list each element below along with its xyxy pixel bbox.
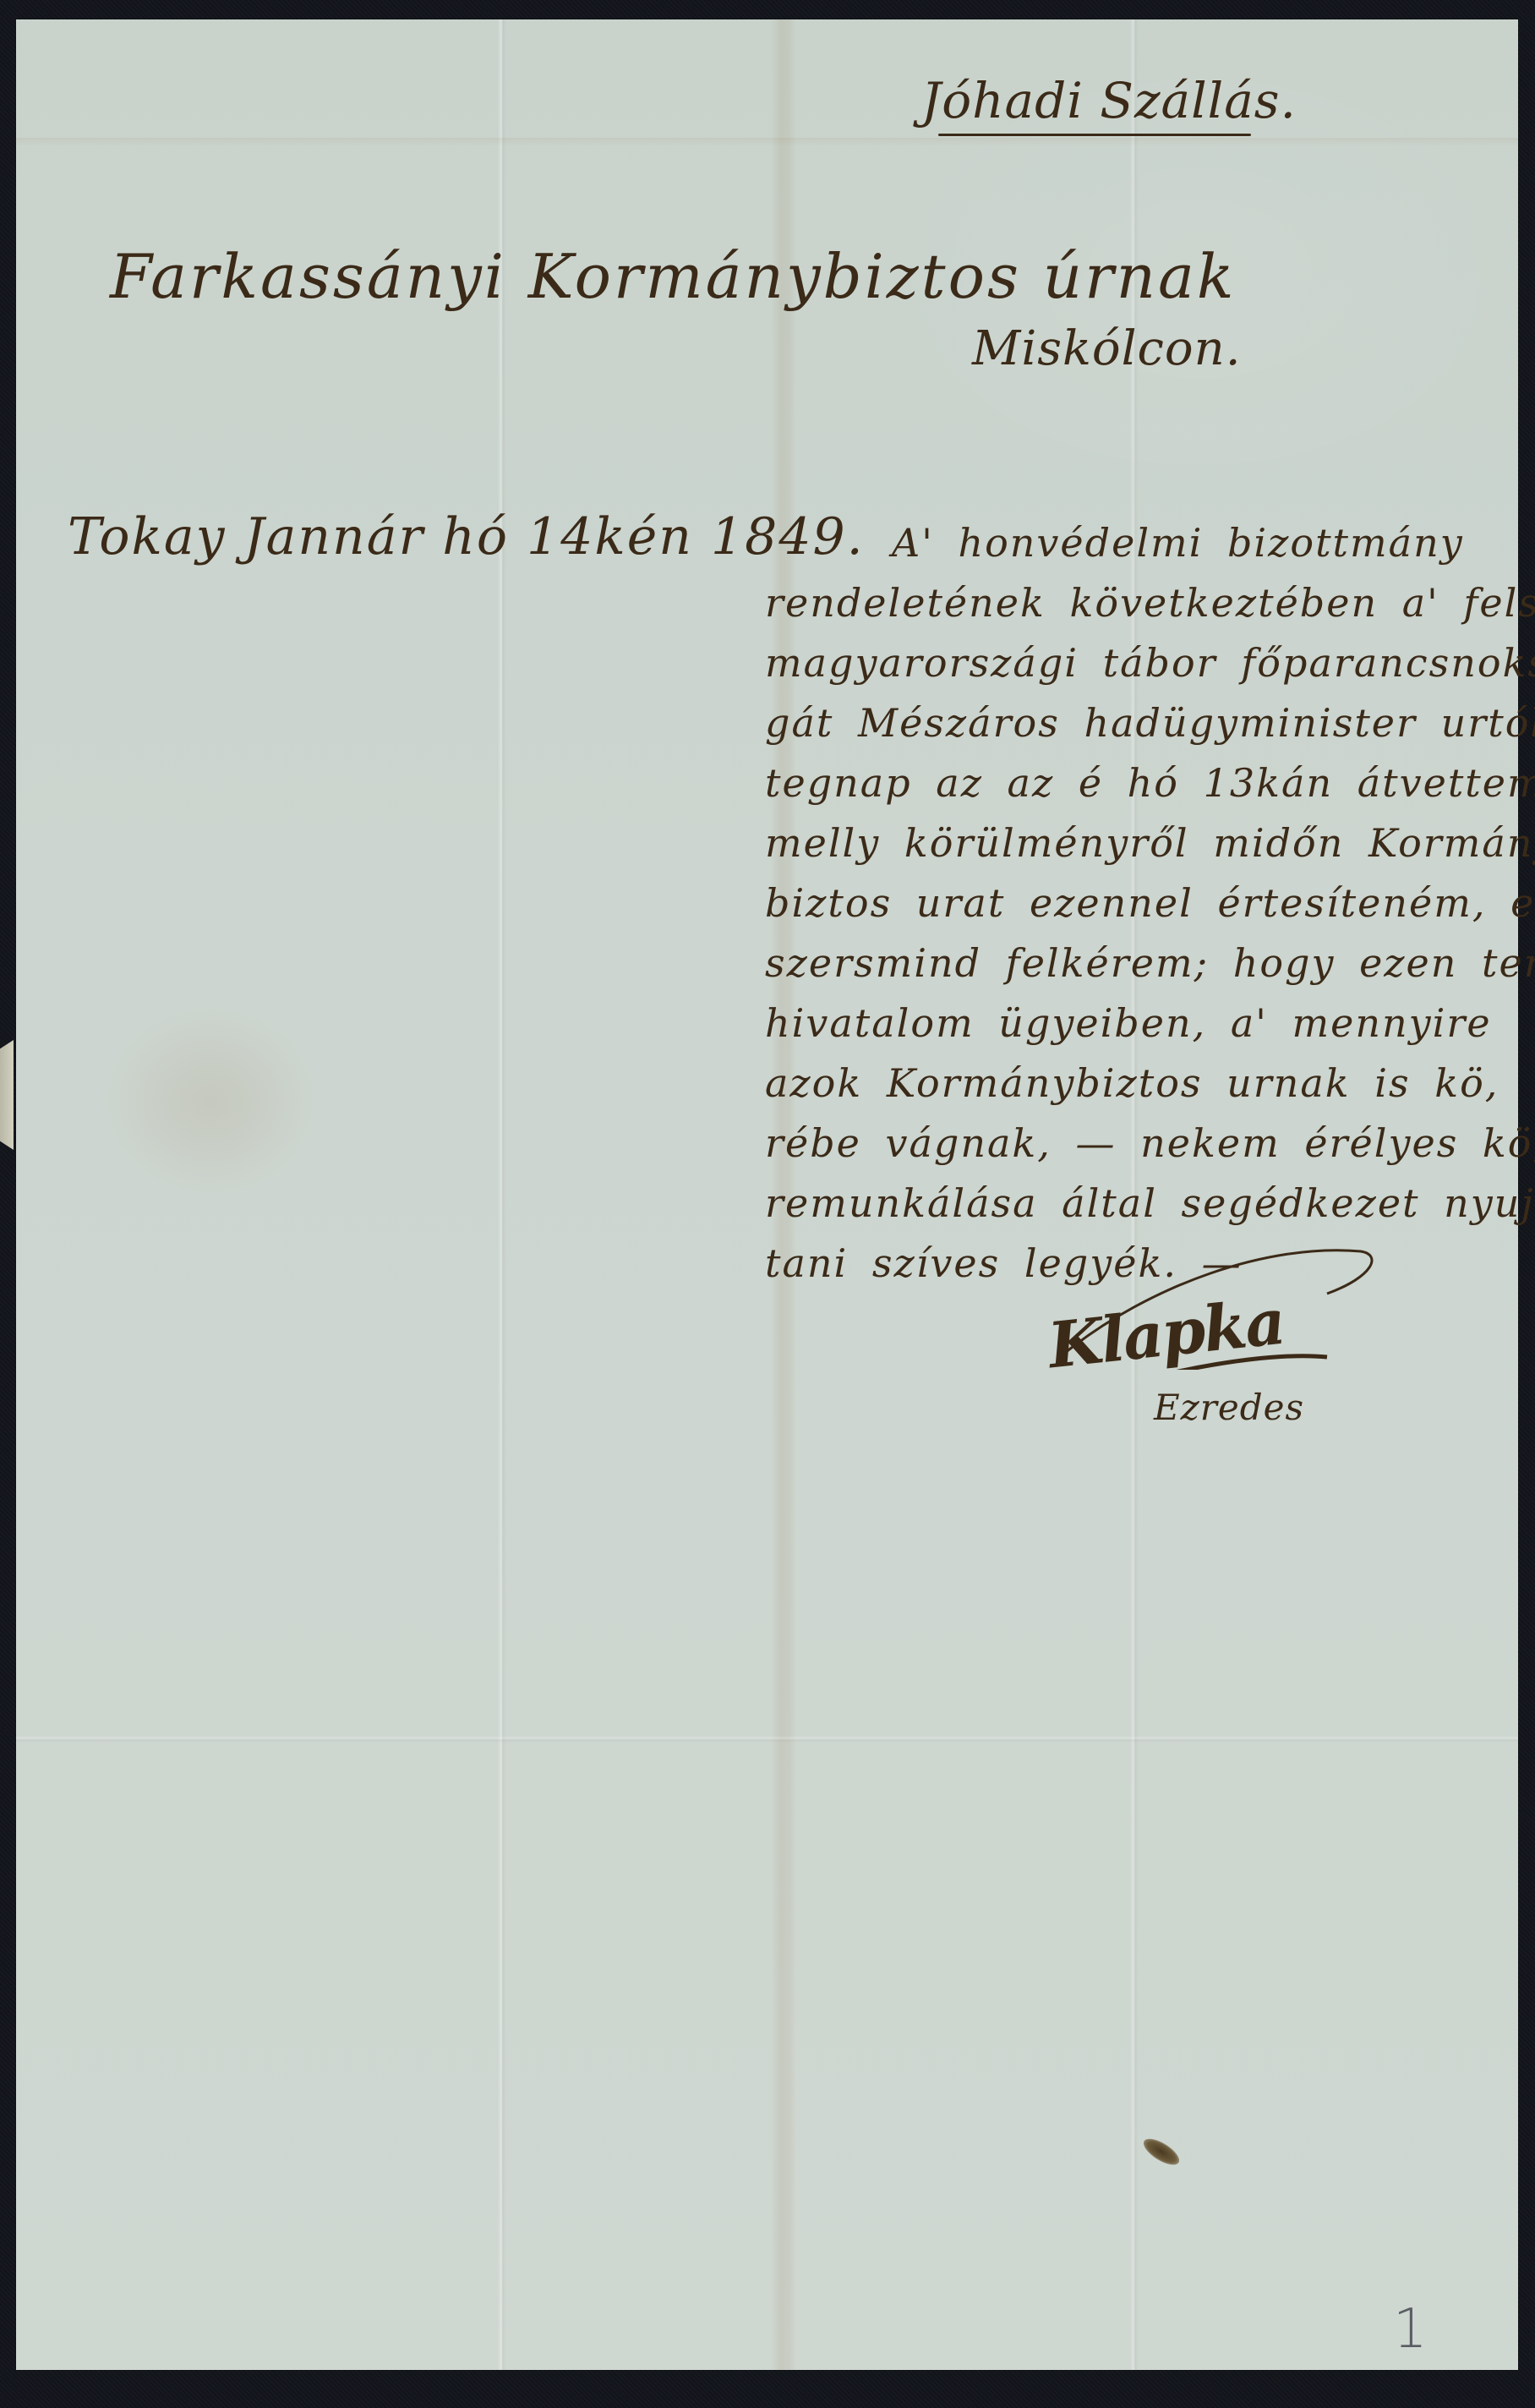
body-line: remunkálása által segédkezet nyuj,: [765, 1180, 1509, 1240]
fold-line-horizontal: [16, 1736, 1518, 1743]
folio-number: 1: [1393, 2298, 1428, 2361]
addressee: Farkassányi Kormánybiztos úrnak: [110, 241, 1237, 312]
signature-title: Ezredes: [1154, 1387, 1304, 1428]
dateline: Tokay Jannár hó 14kén 1849.: [68, 507, 865, 566]
body-line: gát Mészáros hadügyminister urtól: [765, 700, 1509, 760]
body-line: azok Kormánybiztos urnak is kö,: [765, 1060, 1509, 1120]
body-line: magyarországi tábor főparancsnoksá,: [765, 640, 1509, 700]
paper-tab-flap: [0, 1040, 14, 1150]
header-underline: [938, 134, 1251, 136]
body-line: hivatalom ügyeiben, a' mennyire: [765, 1000, 1509, 1060]
body-line: A' honvédelmi bizottmány: [765, 520, 1509, 580]
body-line: szersmind felkérem; hogy ezen terhes: [765, 940, 1509, 1000]
addressee-location: Miskólcon.: [972, 321, 1242, 376]
body-line: tegnap az az é hó 13kán átvettem;: [765, 760, 1509, 820]
body-line: melly körülményről midőn Kormány,: [765, 820, 1509, 880]
header-note: Jóhadi Szállás.: [921, 72, 1297, 129]
letter-body: A' honvédelmi bizottmány rendeletének kö…: [765, 520, 1509, 1300]
fold-line-vertical-left: [498, 19, 506, 2370]
top-edge-discoloration: [16, 138, 1518, 146]
body-line: rendeletének következtében a' felső: [765, 580, 1509, 640]
body-line: rébe vágnak, — nekem érélyes kö,: [765, 1120, 1509, 1180]
body-line: biztos urat ezennel értesíteném, egy,: [765, 880, 1509, 940]
